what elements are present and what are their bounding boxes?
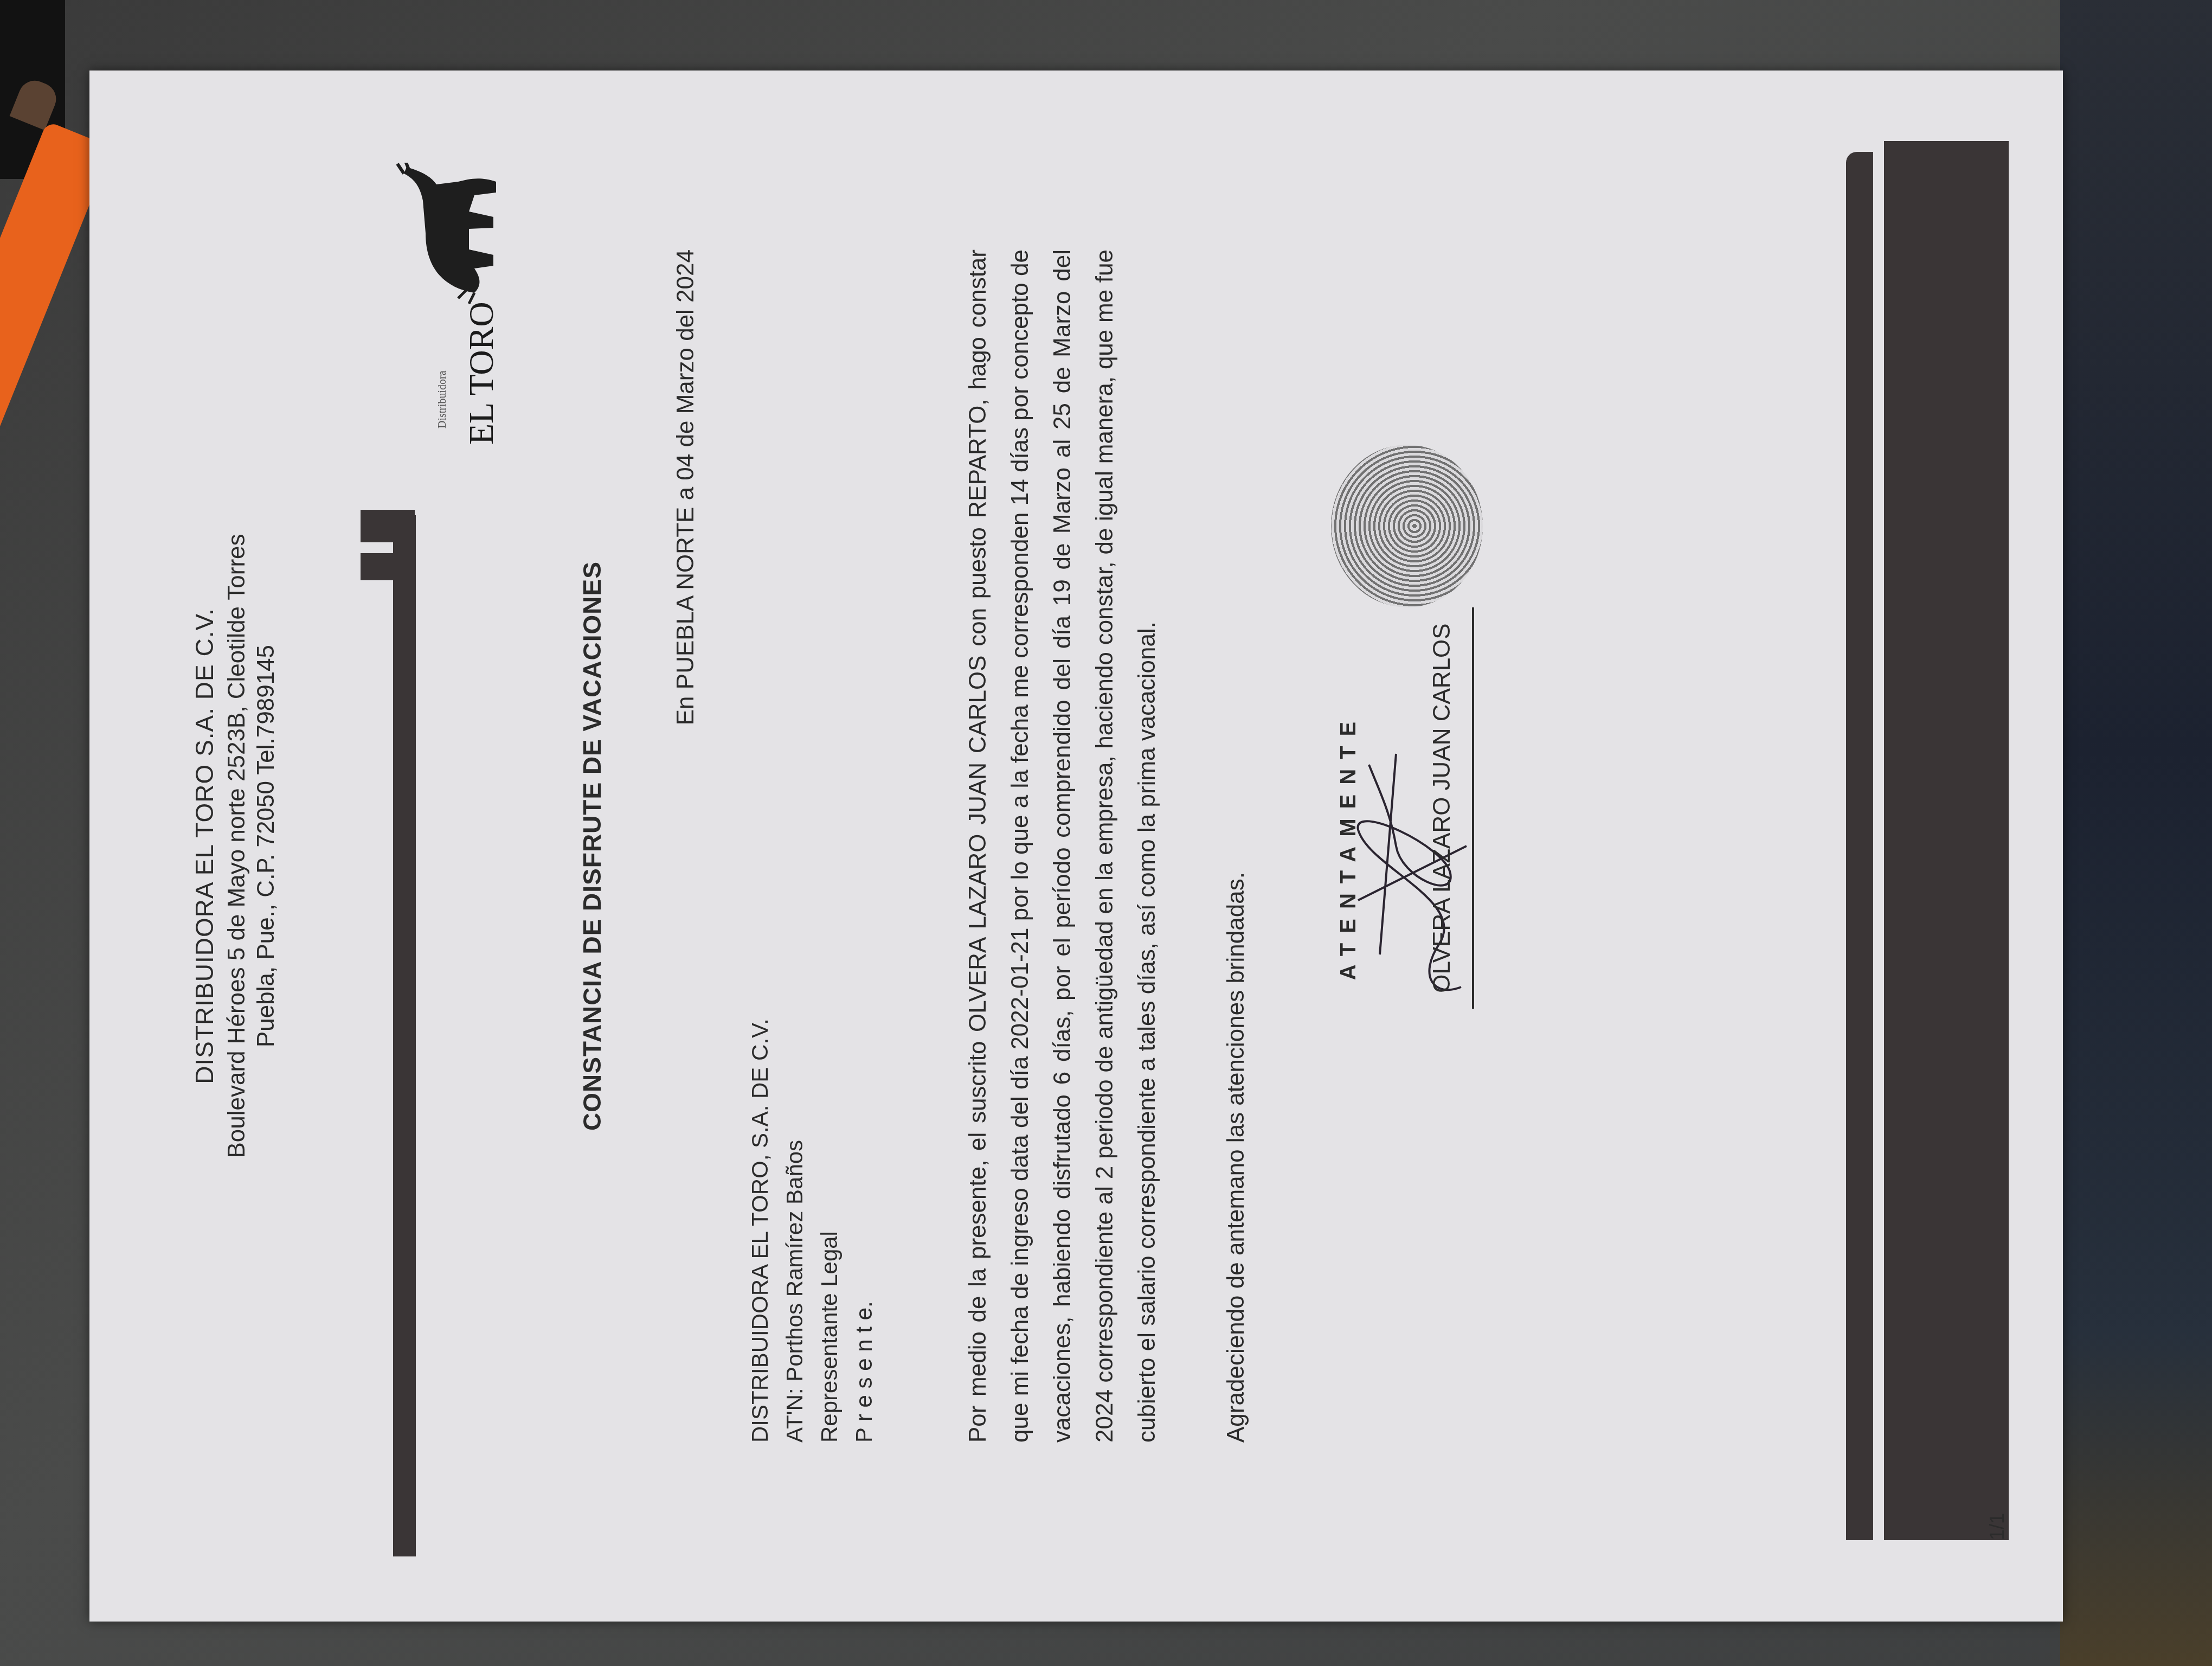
- paper-document: DISTRIBUIDORA EL TORO S.A. DE C.V. Boule…: [89, 71, 2063, 1622]
- company-name: DISTRIBUIDORA EL TORO S.A. DE C.V.: [190, 71, 219, 1622]
- date-line: En PUEBLA NORTE a 04 de Marzo del 2024: [672, 249, 699, 725]
- body-paragraph: Por medio de la presente, el suscrito OL…: [957, 249, 1168, 1443]
- decorative-bar-bottom-2: [1884, 141, 2009, 1540]
- decorative-bar-bottom-1: [1846, 152, 1873, 1540]
- company-address: Boulevard Héroes 5 de Mayo norte 2523B, …: [222, 71, 281, 1622]
- addressee-presente: P r e s e n t e.: [847, 1018, 882, 1443]
- handwritten-signature: [1336, 738, 1477, 1009]
- addressee-company: DISTRIBUIDORA EL TORO, S.A. DE C.V.: [743, 1018, 777, 1443]
- decorative-bar-top-left-2: [361, 553, 415, 580]
- addressee-attention: AT'N: Porthos Ramírez Baños: [777, 1018, 812, 1443]
- signature-line: [1472, 607, 1474, 1009]
- logo-subtext: Distribuidora: [436, 370, 449, 428]
- page-number: 1/1: [1986, 1513, 2009, 1540]
- company-logo: Distribuidora EL TORO: [393, 163, 501, 445]
- addressee-role: Representante Legal: [812, 1018, 847, 1443]
- letter-page: DISTRIBUIDORA EL TORO S.A. DE C.V. Boule…: [89, 71, 2063, 1622]
- decorative-bar-top-left: [393, 515, 416, 1556]
- addressee-block: DISTRIBUIDORA EL TORO, S.A. DE C.V. AT'N…: [743, 1018, 882, 1443]
- address-line-1: Boulevard Héroes 5 de Mayo norte 2523B, …: [222, 71, 252, 1622]
- address-line-2: Puebla, Pue., C.P. 72050 Tel.7989145: [252, 71, 281, 1622]
- background-fabric: [2060, 0, 2212, 1666]
- logo-brand: EL TORO: [461, 302, 501, 445]
- closing-line: Agradeciendo de antemano las atenciones …: [1223, 872, 1250, 1443]
- signer-name: OLVERA LAZARO JUAN CARLOS: [1429, 607, 1456, 1009]
- document-title: CONSTANCIA DE DISFRUTE DE VACACIONES: [577, 71, 607, 1622]
- fingerprint: [1331, 445, 1483, 607]
- decorative-bar-top-left-3: [361, 510, 415, 542]
- bull-icon: [393, 163, 501, 309]
